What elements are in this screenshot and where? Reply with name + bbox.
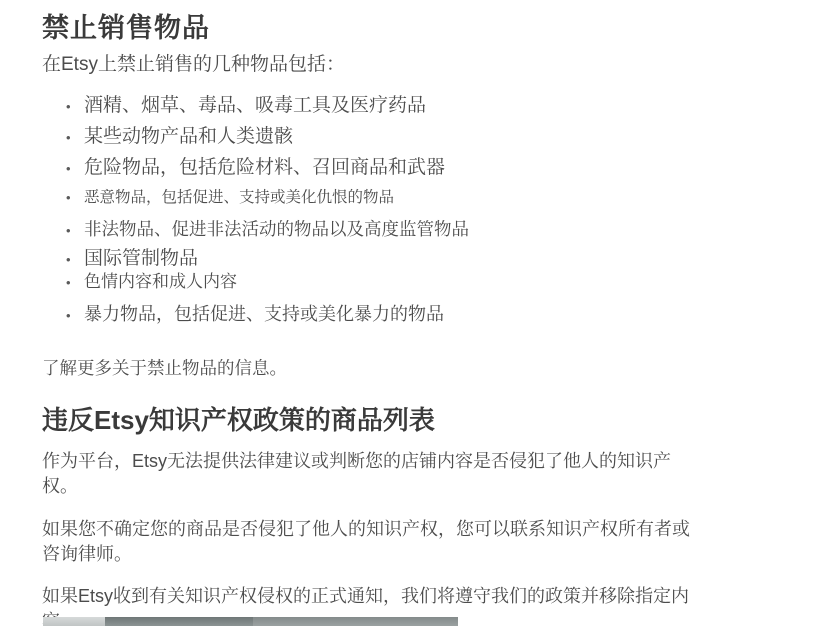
table-edge-segment <box>105 617 253 626</box>
bullet-icon: • <box>66 189 84 207</box>
list-item-text: 酒精、烟草、毒品、吸毒工具及医疗药品 <box>84 95 426 117</box>
cropped-table-top-edge <box>43 617 458 626</box>
bullet-icon: • <box>66 305 84 326</box>
list-item-text: 某些动物产品和人类遗骸 <box>84 126 293 148</box>
list-item-text: 国际管制物品 <box>84 248 198 270</box>
list-item: • 酒精、烟草、毒品、吸毒工具及医疗药品 <box>66 95 783 118</box>
bullet-icon: • <box>66 96 84 118</box>
list-item: • 非法物品、促进非法活动的物品以及高度监管物品 <box>66 219 783 241</box>
ip-policy-paragraph: 作为平台，Etsy无法提供法律建议或判断您的店铺内容是否侵犯了他人的知识产权。 <box>42 449 690 499</box>
policy-page: 禁止销售物品 在Etsy上禁止销售的几种物品包括： • 酒精、烟草、毒品、吸毒工… <box>0 0 825 626</box>
list-item: • 色情内容和成人内容 <box>66 272 783 293</box>
table-edge-segment <box>253 617 458 626</box>
list-item-text: 暴力物品，包括促进、支持或美化暴力的物品 <box>84 304 444 325</box>
list-item-text: 危险物品，包括危险材料、召回商品和武器 <box>84 157 445 179</box>
list-item: • 危险物品，包括危险材料、召回商品和武器 <box>66 157 783 180</box>
page-title-ip-policy: 违反Etsy知识产权政策的商品列表 <box>42 405 783 436</box>
list-item: • 恶意物品，包括促进、支持或美化仇恨的物品 <box>66 189 783 207</box>
prohibited-items-list: • 酒精、烟草、毒品、吸毒工具及医疗药品 • 某些动物产品和人类遗骸 • 危险物… <box>42 95 783 326</box>
bullet-icon: • <box>66 221 84 241</box>
list-item-text: 非法物品、促进非法活动的物品以及高度监管物品 <box>84 219 469 239</box>
list-item: • 暴力物品，包括促进、支持或美化暴力的物品 <box>66 304 783 326</box>
list-item: • 国际管制物品 <box>66 248 783 271</box>
list-item-text: 色情内容和成人内容 <box>84 272 237 292</box>
ip-policy-paragraph: 如果您不确定您的商品是否侵犯了他人的知识产权，您可以联系知识产权所有者或咨询律师… <box>42 517 690 567</box>
intro-text: 在Etsy上禁止销售的几种物品包括： <box>42 53 783 77</box>
page-title-prohibited-items: 禁止销售物品 <box>42 13 783 44</box>
list-item-text: 恶意物品，包括促进、支持或美化仇恨的物品 <box>84 189 394 207</box>
bullet-icon: • <box>66 158 84 180</box>
bullet-icon: • <box>66 249 84 271</box>
bullet-icon: • <box>66 127 84 149</box>
bullet-icon: • <box>66 273 84 293</box>
table-edge-segment <box>43 617 105 626</box>
learn-more-text: 了解更多关于禁止物品的信息。 <box>42 358 783 379</box>
list-item: • 某些动物产品和人类遗骸 <box>66 126 783 149</box>
